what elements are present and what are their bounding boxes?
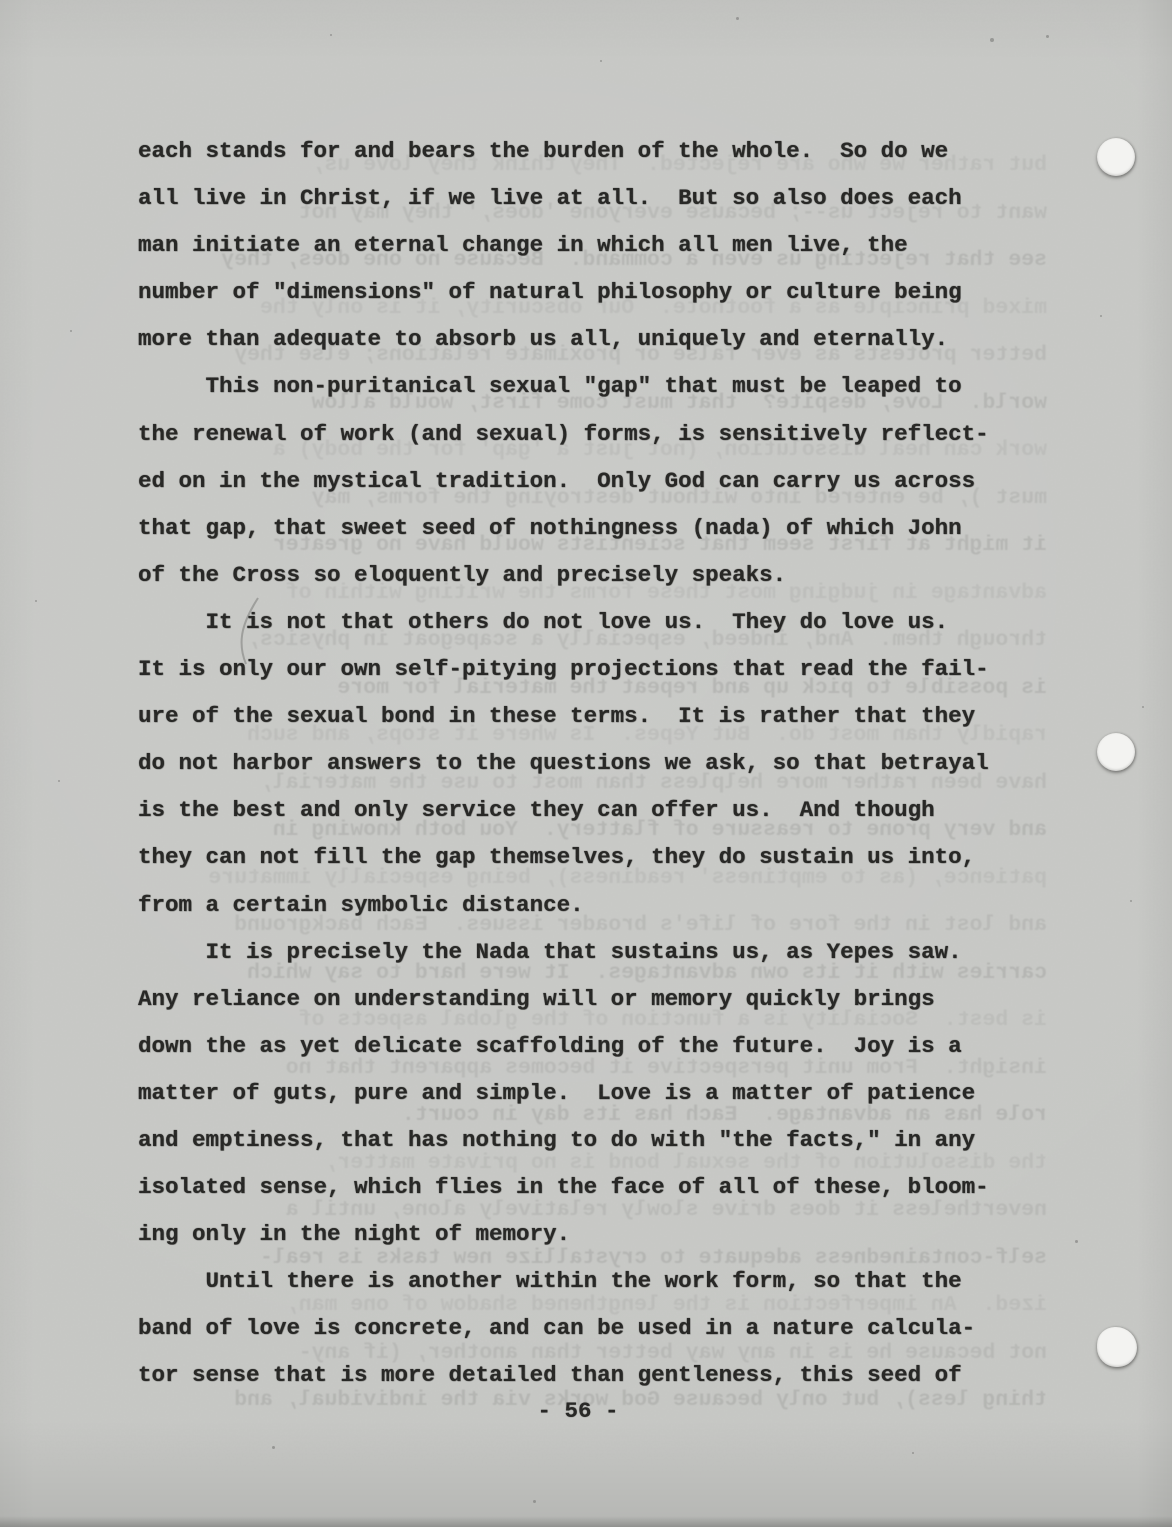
paper-speck [70,330,72,332]
text-line: It is precisely the Nada that sustains u… [138,929,989,976]
text-line: they can not fill the gap themselves, th… [138,834,989,881]
paragraph: Until there is another within the work f… [138,1258,989,1399]
text-line: ure of the sexual bond in these terms. I… [138,693,989,740]
text-line: the renewal of work (and sexual) forms, … [138,411,989,458]
text-line: all live in Christ, if we live at all. B… [138,175,989,222]
paper-speck [1142,706,1144,708]
text-line: more than adequate to absorb us all, uni… [138,316,989,363]
text-line: Until there is another within the work f… [138,1258,989,1305]
hole-punch-bottom [1097,1327,1137,1367]
document-page: but rather we who are rejected. They thi… [0,0,1172,1527]
text-line: man initiate an eternal change in which … [138,222,989,269]
text-line: that gap, that sweet seed of nothingness… [138,505,989,552]
paper-speck [330,34,332,36]
paragraph: It is not that others do not love us. Th… [138,599,989,929]
paper-speck [912,1452,914,1454]
text-line: This non-puritanical sexual "gap" that m… [138,363,989,410]
paper-speck [58,780,60,782]
text-line: and emptiness, that has nothing to do wi… [138,1117,989,1164]
paper-speck [1130,900,1132,902]
paper-speck [990,38,994,42]
text-line: matter of guts, pure and simple. Love is… [138,1070,989,1117]
text-line: of the Cross so eloquently and precisely… [138,552,989,599]
text-line: each stands for and bears the burden of … [138,128,989,175]
paragraph: each stands for and bears the burden of … [138,128,989,363]
paper-speck [600,60,602,62]
paper-speck [736,17,739,20]
hole-punch-middle [1097,733,1135,771]
text-line: band of love is concrete, and can be use… [138,1305,989,1352]
text-line: down the as yet delicate scaffolding of … [138,1023,989,1070]
paper-speck [1100,315,1102,317]
scan-bottom-edge [0,1516,1172,1527]
typed-text: each stands for and bears the burden of … [138,128,989,1400]
paragraph: It is precisely the Nada that sustains u… [138,929,989,1259]
paper-speck [272,1446,275,1449]
paper-speck [533,1500,536,1503]
page-number: - 56 - [0,1388,1156,1435]
text-line: from a certain symbolic distance. [138,882,989,929]
text-line: number of "dimensions" of natural philos… [138,269,989,316]
text-line: isolated sense, which flies in the face … [138,1164,989,1211]
text-line: It is not that others do not love us. Th… [138,599,989,646]
paper-speck [1046,35,1049,38]
paragraph: This non-puritanical sexual "gap" that m… [138,363,989,598]
paper-speck [1075,1240,1078,1243]
text-line: Any reliance on understanding will or me… [138,976,989,1023]
text-line: ed on in the mystical tradition. Only Go… [138,458,989,505]
text-line: It is only our own self-pitying projecti… [138,646,989,693]
text-line: is the best and only service they can of… [138,787,989,834]
hole-punch-top [1097,138,1135,176]
text-line: ing only in the night of memory. [138,1211,989,1258]
text-line: do not harbor answers to the questions w… [138,740,989,787]
paper-speck [35,600,37,602]
